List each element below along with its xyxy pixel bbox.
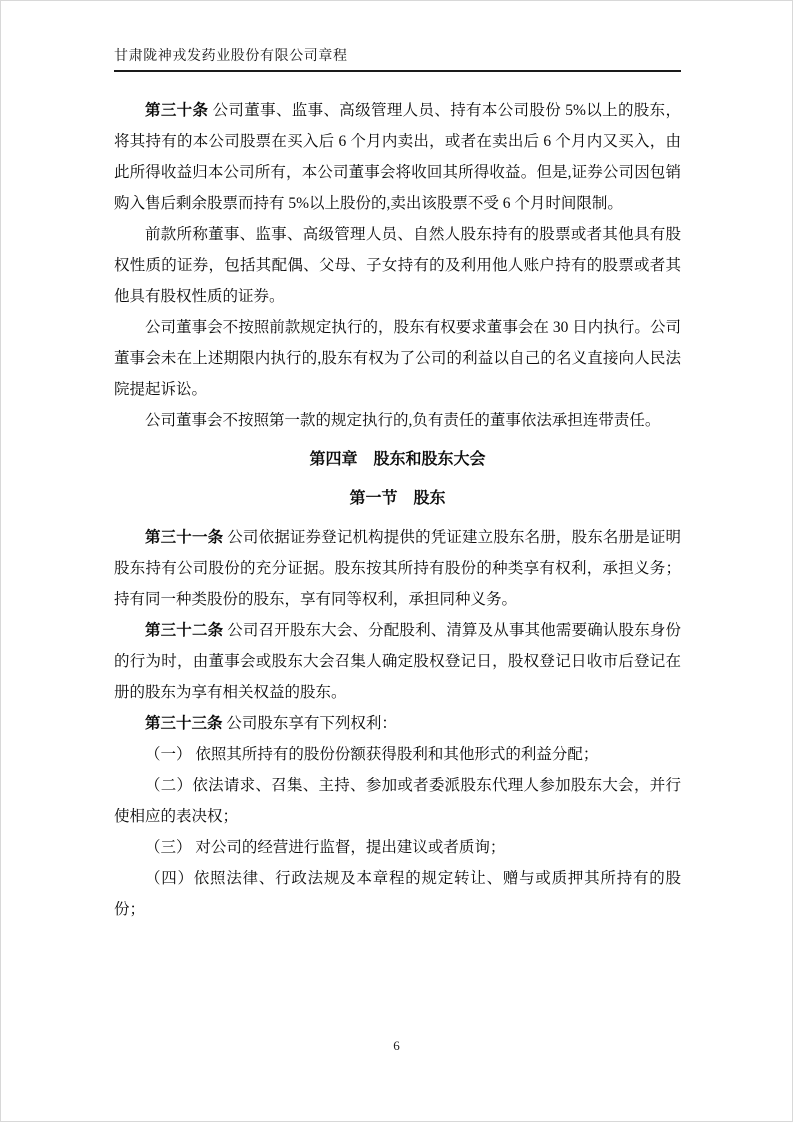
paragraph: 第三十条 公司董事、监事、高级管理人员、持有本公司股份 5%以上的股东，将其持有…: [114, 95, 681, 219]
paragraph: 第三十二条 公司召开股东大会、分配股利、清算及从事其他需要确认股东身份的行为时，…: [114, 615, 681, 708]
paragraph: 前款所称董事、监事、高级管理人员、自然人股东持有的股票或者其他具有股权性质的证券…: [114, 219, 681, 312]
chapter-heading: 第四章 股东和股东大会: [114, 444, 681, 475]
list-item: （三） 对公司的经营进行监督，提出建议或者质询；: [114, 832, 681, 863]
list-item: （一） 依照其所持有的股份份额获得股利和其他形式的利益分配；: [114, 739, 681, 770]
document-page: 甘肃陇神戎发药业股份有限公司章程 第三十条 公司董事、监事、高级管理人员、持有本…: [0, 0, 793, 1122]
list-item: （二）依法请求、召集、主持、参加或者委派股东代理人参加股东大会，并行使相应的表决…: [114, 770, 681, 832]
page-footer: 6: [1, 1037, 792, 1055]
article-number: 第三十一条: [145, 529, 223, 546]
header-title: 甘肃陇神戎发药业股份有限公司章程: [114, 49, 348, 64]
list-item: （四）依照法律、行政法规及本章程的规定转让、赠与或质押其所持有的股份；: [114, 863, 681, 925]
page-header: 甘肃陇神戎发药业股份有限公司章程: [114, 45, 681, 72]
paragraph: 第三十三条 公司股东享有下列权利：: [114, 708, 681, 739]
article-number: 第三十三条: [145, 715, 223, 732]
paragraph: 公司董事会不按照第一款的规定执行的,负有责任的董事依法承担连带责任。: [114, 405, 681, 436]
paragraph: 第三十一条 公司依据证券登记机构提供的凭证建立股东名册，股东名册是证明股东持有公…: [114, 522, 681, 615]
article-number: 第三十条: [145, 102, 208, 119]
document-body: 第三十条 公司董事、监事、高级管理人员、持有本公司股份 5%以上的股东，将其持有…: [114, 95, 681, 925]
article-number: 第三十二条: [145, 622, 223, 639]
paragraph: 公司董事会不按照前款规定执行的，股东有权要求董事会在 30 日内执行。公司董事会…: [114, 312, 681, 405]
section-heading: 第一节 股东: [114, 483, 681, 514]
page-number: 6: [393, 1038, 400, 1053]
